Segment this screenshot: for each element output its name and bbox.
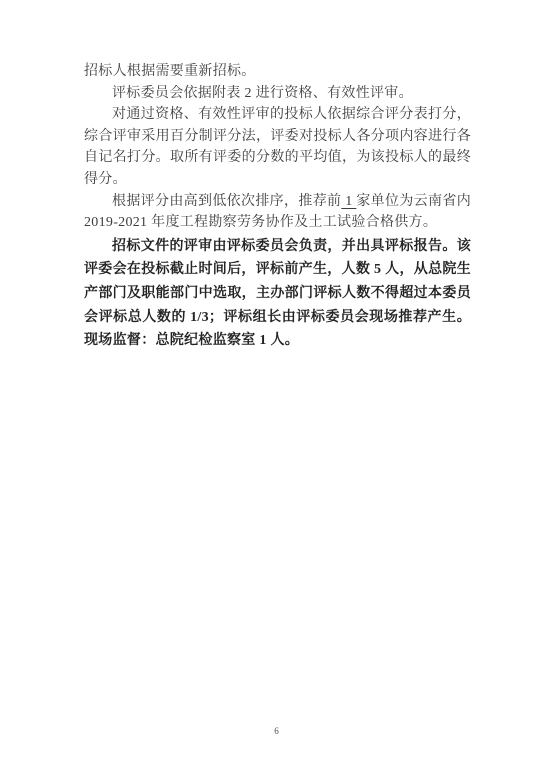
underlined-blank-value: 1: [341, 194, 356, 209]
paragraph-continuation: 招标人根据需要重新招标。: [84, 61, 471, 83]
paragraph-text: 评标委员会依据附表 2 进行资格、有效性评审。: [112, 86, 413, 101]
paragraph-text: 招标人根据需要重新招标。: [84, 64, 256, 79]
paragraph-text: 根据评分由高到低依次排序，推荐前: [112, 194, 341, 209]
paragraph-text: 对通过资格、有效性评审的投标人依据综合评分表打分，综合评审采用百分制评分法，评委…: [84, 107, 471, 187]
page-footer: 6: [0, 721, 553, 739]
paragraph-scoring-method: 对通过资格、有效性评审的投标人依据综合评分表打分，综合评审采用百分制评分法，评委…: [84, 104, 471, 190]
document-page: 招标人根据需要重新招标。 评标委员会依据附表 2 进行资格、有效性评审。 对通过…: [0, 0, 553, 782]
document-body: 招标人根据需要重新招标。 评标委员会依据附表 2 进行资格、有效性评审。 对通过…: [84, 61, 471, 353]
page-number: 6: [274, 726, 279, 736]
paragraph-ranking-recommendation: 根据评分由高到低依次排序，推荐前 1 家单位为云南省内 2019-2021 年度…: [84, 191, 471, 234]
paragraph-qualification-review: 评标委员会依据附表 2 进行资格、有效性评审。: [84, 83, 471, 105]
paragraph-text: 招标文件的评审由评标委员会负责，并出具评标报告。该评委会在投标截止时间后，评标前…: [84, 239, 471, 348]
paragraph-evaluation-committee-bold: 招标文件的评审由评标委员会负责，并出具评标报告。该评委会在投标截止时间后，评标前…: [84, 235, 471, 353]
